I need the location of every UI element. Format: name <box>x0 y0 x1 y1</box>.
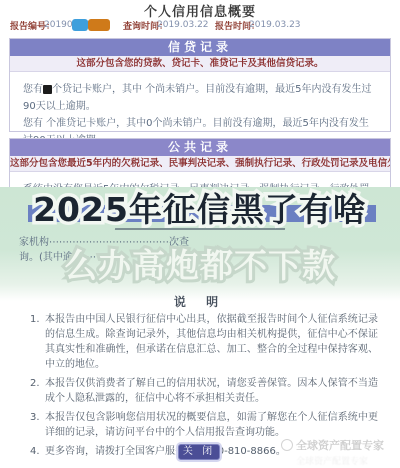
redaction-blob-blue <box>72 19 88 31</box>
note-item-3: 3. 本报告仅包含影响您信用状况的概要信息，如需了解您在个人征信系统中更详细的记… <box>30 410 378 440</box>
close-button[interactable]: 关 闭 <box>178 444 220 460</box>
brand-logo-icon <box>281 439 293 451</box>
public-records-header: 公共记录 <box>10 139 390 156</box>
credit-records-header: 信贷记录 <box>10 39 390 56</box>
public-records-subheader: 这部分包含您最近5年内的欠税记录、民事判决记录、强制执行记录、行政处罚记录及电信… <box>10 156 390 172</box>
credit-records-subheader: 这部分包含您的贷款、贷记卡、准贷记卡及其他信贷记录。 <box>10 56 390 72</box>
query-line-1: 家机构⋯⋯⋯⋯⋯⋯⋯⋯⋯⋯⋯⋯次查 <box>19 235 379 250</box>
credit-records-section: 信贷记录 这部分包含您的贷款、贷记卡、准贷记卡及其他信贷记录。 您有个贷记卡账户… <box>9 38 391 132</box>
query-records-body: 家机构⋯⋯⋯⋯⋯⋯⋯⋯⋯⋯⋯⋯次查 询。(其中逾⋯⋯⋯⋯ <box>19 235 379 265</box>
brand-watermark-echo: 全球资产配置专家 <box>296 454 396 467</box>
query-time-value: 2019.03.22 <box>157 20 209 30</box>
brand-watermark: 全球资产配置专家 全球资产配置专家 <box>281 437 396 467</box>
obscured-subheader-smudge <box>115 228 285 230</box>
credit-report-summary-page: 个人信用信息概要 报告编号： 20190323 查询时间： 2019.03.22… <box>0 0 400 468</box>
report-info-row: 报告编号： 20190323 查询时间： 2019.03.22 报告时间： 20… <box>0 19 400 33</box>
redaction-blob-black <box>43 85 52 94</box>
query-records-header-bar <box>28 205 376 222</box>
notes-header: 说 明 <box>0 293 400 310</box>
note-item-1: 1. 本报告由中国人民银行征信中心出具，依据截至报告时间个人征信系统记录的信息生… <box>30 312 378 372</box>
redaction-blob-orange <box>88 19 110 31</box>
note-item-2: 2. 本报告仅供消费者了解自己的信用状况，请您妥善保管。因本人保管不当造成个人隐… <box>30 376 378 406</box>
credit-line-1: 您有个贷记卡账户，其中 个尚未销户。目前没有逾期，最近5年内没有发生过90天以上… <box>23 81 377 115</box>
page-title: 个人信用信息概要 <box>0 1 400 20</box>
mint-watermark-band: 家机构⋯⋯⋯⋯⋯⋯⋯⋯⋯⋯⋯⋯次查 询。(其中逾⋯⋯⋯⋯ <box>0 187 400 301</box>
query-line-2: 询。(其中逾⋯⋯⋯⋯ <box>19 250 379 265</box>
report-time-value: 2019.03.23 <box>249 20 301 30</box>
